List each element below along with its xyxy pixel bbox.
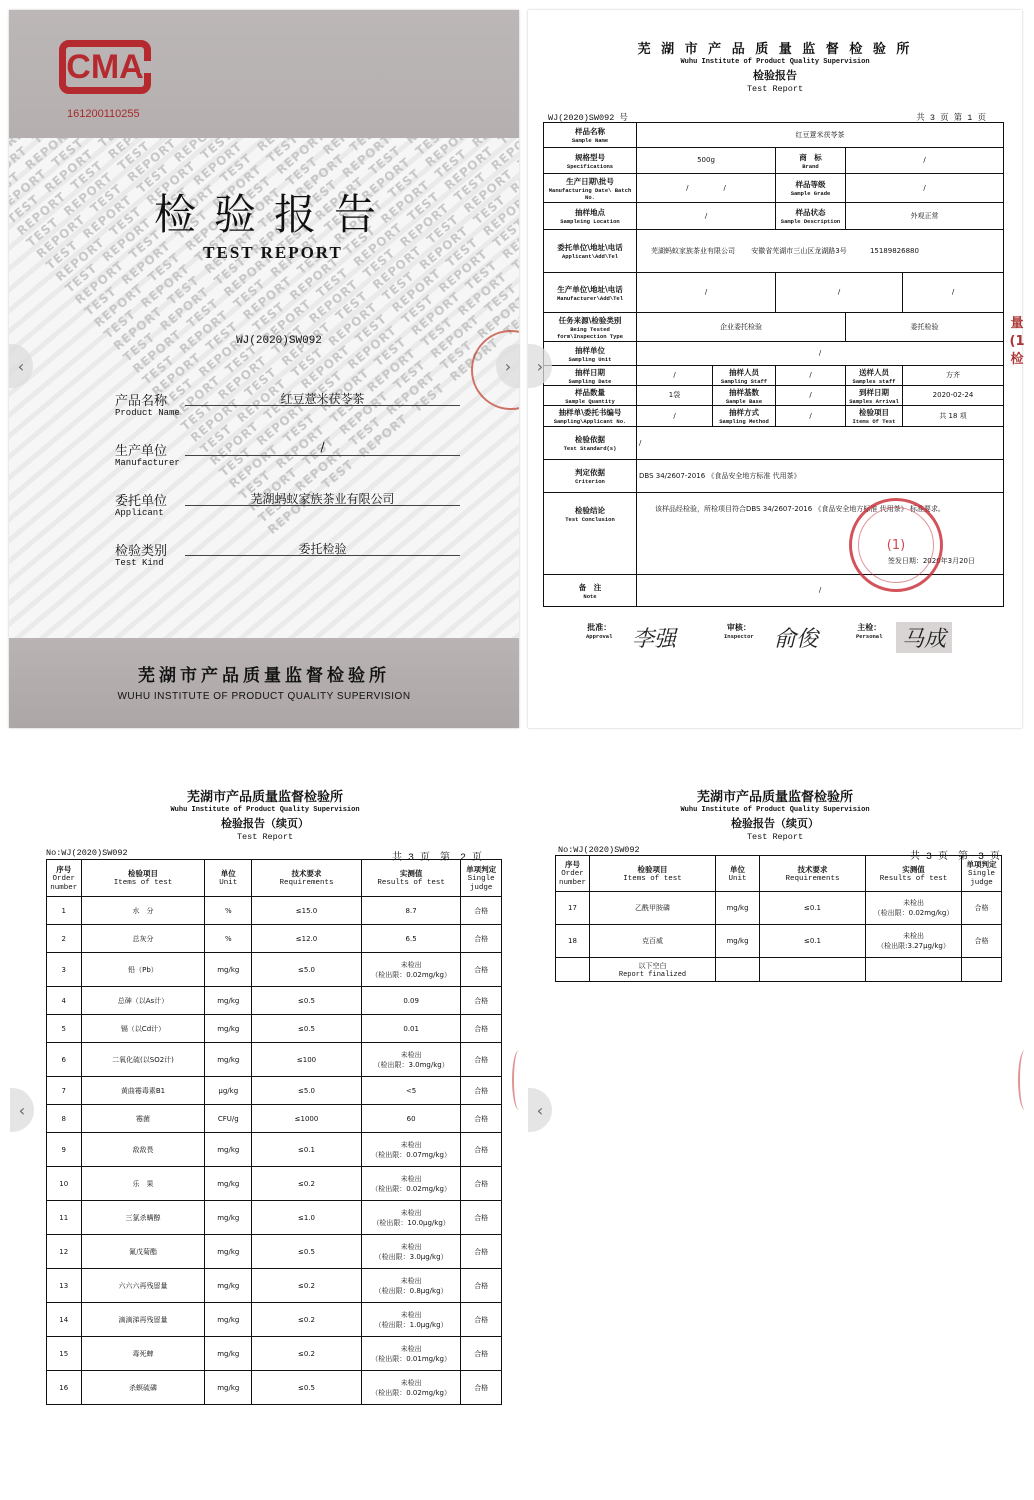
- task-source-value: 企业委托检验: [637, 313, 846, 342]
- unit: mg/kg: [205, 1015, 252, 1043]
- manufacturer-address: /: [776, 273, 903, 313]
- applicant-tel: 15189826880: [870, 247, 919, 255]
- institute-name-en: Wuhu Institute of Product Quality Superv…: [10, 806, 520, 814]
- stamp-fragment: [1018, 1050, 1032, 1110]
- result: 6.5: [361, 925, 461, 953]
- column-header-req: 技术要求Requirements: [252, 860, 362, 897]
- column-header-order: 序号Order number: [47, 860, 82, 897]
- table-row: 18克百威mg/kg≤0.1未检出（检出限:3.27μg/kg）合格: [556, 925, 1002, 958]
- field-underline: [185, 405, 460, 406]
- manufacturer-name: /: [637, 273, 776, 313]
- requirement: ≤0.5: [252, 1235, 362, 1269]
- row-test-standard: 检验依据Test Standard(s) /: [544, 427, 1004, 460]
- judgement: 合格: [461, 1303, 502, 1337]
- inspector-signature: 俞俊: [774, 622, 818, 653]
- cover-field-applicant: 委托单位 Applicant 芜湖蚂蚁家族茶业有限公司: [115, 490, 460, 530]
- cover-report-number: WJ(2020)SW092: [9, 335, 519, 347]
- requirement: ≤0.5: [252, 987, 362, 1015]
- cover-field-test-kind: 检验类别 Test Kind 委托检验: [115, 540, 460, 580]
- judgement: 合格: [461, 1077, 502, 1105]
- test-item: 总灰分: [81, 925, 205, 953]
- report-page-2: 芜湖市产品质量监督检验所 Wuhu Institute of Product Q…: [10, 748, 520, 1448]
- table-row: 10乐 果mg/kg≤0.2未检出（检出限：0.02mg/kg）合格: [47, 1167, 502, 1201]
- table-row: 9敌敌畏mg/kg≤0.1未检出（检出限：0.07mg/kg）合格: [47, 1133, 502, 1167]
- requirement: ≤5.0: [252, 1077, 362, 1105]
- criterion-value: DBS 34/2607-2016 《食品安全地方标准 代用茶》: [637, 460, 1004, 493]
- unit: μg/kg: [205, 1077, 252, 1105]
- sample-quantity-value: 1袋: [637, 386, 713, 406]
- result: 0.09: [361, 987, 461, 1015]
- institute-name: 芜 湖 市 产 品 质 量 监 督 检 验 所: [528, 38, 1022, 57]
- brand-value: /: [846, 148, 1004, 174]
- judgement: 合格: [461, 897, 502, 925]
- report-title-en: Test Report: [528, 84, 1022, 94]
- column-header-item: 检验项目Items of test: [590, 856, 716, 892]
- row-number: 15: [47, 1337, 82, 1371]
- row-sampling-location: 抽样地点Sampleing Location / 样品状态Sample Desc…: [544, 203, 1004, 230]
- test-item: 滴滴涕再残留量: [81, 1303, 205, 1337]
- judgement: 合格: [461, 1337, 502, 1371]
- judgement: 合格: [461, 1235, 502, 1269]
- column-header-result: 实测值Results of test: [866, 856, 962, 892]
- cover-institute-name-en: WUHU INSTITUTE OF PRODUCT QUALITY SUPERV…: [9, 691, 519, 702]
- unit: mg/kg: [205, 1269, 252, 1303]
- report-page-3: 芜湖市产品质量监督检验所 Wuhu Institute of Product Q…: [528, 748, 1022, 1448]
- row-number: 1: [47, 897, 82, 925]
- stamp-fragment: [512, 1050, 526, 1110]
- row-number: 8: [47, 1105, 82, 1133]
- signature-row: 批准：Approval 李强 审核：Inspector 俞俊 主检：Person…: [528, 622, 1022, 662]
- row-specifications: 规格型号Specifications 500g 商 标Brand /: [544, 148, 1004, 174]
- requirement: ≤0.2: [252, 1167, 362, 1201]
- table-row: 1水 分%≤15.08.7合格: [47, 897, 502, 925]
- judgement: 合格: [962, 925, 1002, 958]
- table-row: 7黄曲霉毒素B1μg/kg≤5.0<5合格: [47, 1077, 502, 1105]
- cover-institute-name: 芜湖市产品质量监督检验所: [9, 661, 519, 686]
- field-label: 产品名称: [115, 390, 167, 409]
- table-row: 3铅（Pb）mg/kg≤5.0未检出（检出限：0.02mg/kg）合格: [47, 953, 502, 987]
- row-number: 7: [47, 1077, 82, 1105]
- unit: mg/kg: [205, 1303, 252, 1337]
- column-header-result: 实测值Results of test: [361, 860, 461, 897]
- field-label-en: Product Name: [115, 408, 180, 418]
- judgement: 合格: [962, 892, 1002, 925]
- cover-page: TEST REPORT TEST REPORT TEST REPORT TEST…: [9, 10, 519, 728]
- column-header-judge: 单项判定Single judge: [461, 860, 502, 897]
- row-number: 11: [47, 1201, 82, 1235]
- report-finalized-row: 以下空白Report finalized: [556, 958, 1002, 982]
- institute-name-en: Wuhu Institute of Product Quality Superv…: [528, 806, 1022, 814]
- cma-logo-text: CMA: [66, 48, 143, 87]
- result: 未检出（检出限：3.0μg/kg）: [361, 1235, 461, 1269]
- applicant-address: 安徽省芜湖市三山区龙湖路3号: [751, 247, 846, 255]
- test-item: 霉菌: [81, 1105, 205, 1133]
- row-number: 18: [556, 925, 590, 958]
- test-item: 氰戊菊酯: [81, 1235, 205, 1269]
- unit: mg/kg: [205, 1043, 252, 1077]
- row-number: 16: [47, 1371, 82, 1405]
- requirement: ≤0.1: [760, 892, 866, 925]
- results-header-row: 序号Order number检验项目Items of test单位Unit技术要…: [556, 856, 1002, 892]
- row-number: 17: [556, 892, 590, 925]
- items-of-test-value: 共 18 项: [903, 406, 1004, 427]
- requirement: ≤0.2: [252, 1269, 362, 1303]
- requirement: ≤0.1: [760, 925, 866, 958]
- test-item: 毒死蜱: [81, 1337, 205, 1371]
- judgement: 合格: [461, 1133, 502, 1167]
- table-row: 4总砷（以As计）mg/kg≤0.50.09合格: [47, 987, 502, 1015]
- judgement: 合格: [461, 1371, 502, 1405]
- table-row: 16杀螟硫磷mg/kg≤0.5未检出（检出限：0.02mg/kg）合格: [47, 1371, 502, 1405]
- test-item: 杀螟硫磷: [81, 1371, 205, 1405]
- sample-base-value: /: [776, 386, 846, 406]
- table-row: 17乙酰甲胺磷mg/kg≤0.1未检出（检出限：0.02mg/kg）合格: [556, 892, 1002, 925]
- row-applicant: 委托单位\地址\电话Applicant\Add\Tel 芜湖蚂蚁家族茶业有限公司…: [544, 230, 1004, 273]
- unit: mg/kg: [205, 953, 252, 987]
- test-item: 克百威: [590, 925, 716, 958]
- sampling-method-value: /: [776, 406, 846, 427]
- requirement: ≤5.0: [252, 953, 362, 987]
- judgement: 合格: [461, 1015, 502, 1043]
- row-number: 4: [47, 987, 82, 1015]
- result: 未检出（检出限：3.0mg/kg）: [361, 1043, 461, 1077]
- sampling-location-value: /: [637, 203, 776, 230]
- unit: mg/kg: [205, 1201, 252, 1235]
- test-item: 总砷（以As计）: [81, 987, 205, 1015]
- field-label: 检验类别: [115, 540, 167, 559]
- approval-signature: 李强: [632, 622, 676, 653]
- test-item: 乐 果: [81, 1167, 205, 1201]
- test-item: 水 分: [81, 897, 205, 925]
- unit: %: [205, 925, 252, 953]
- requirement: ≤0.2: [252, 1337, 362, 1371]
- row-sample-name: 样品名称Sample Name 红豆薏米茯苓茶: [544, 123, 1004, 148]
- field-label-en: Applicant: [115, 508, 164, 518]
- applicant-no-value: /: [637, 406, 713, 427]
- test-item: 敌敌畏: [81, 1133, 205, 1167]
- unit: mg/kg: [205, 1167, 252, 1201]
- column-header-unit: 单位Unit: [205, 860, 252, 897]
- page2-header: 芜湖市产品质量监督检验所 Wuhu Institute of Product Q…: [10, 786, 520, 842]
- field-value: /: [185, 440, 460, 454]
- sampling-unit-value: /: [637, 342, 1004, 366]
- batch-no-value: /: [724, 184, 726, 192]
- requirement: ≤0.2: [252, 1303, 362, 1337]
- sample-description-value: 外观正常: [846, 203, 1004, 230]
- result: 未检出（检出限：0.02mg/kg）: [361, 1167, 461, 1201]
- approval-label: 批准：Approval: [586, 622, 612, 640]
- institute-name: 芜湖市产品质量监督检验所: [528, 786, 1022, 805]
- applicant-name: 芜湖蚂蚁家族茶业有限公司: [651, 247, 735, 255]
- samples-staff-value: 方齐: [903, 366, 1004, 386]
- field-underline: [185, 555, 460, 556]
- report-title: 检验报告（续页）: [528, 815, 1022, 831]
- test-item: 六六六再残留量: [81, 1269, 205, 1303]
- judgement: 合格: [461, 1269, 502, 1303]
- result: 未检出（检出限：10.0μg/kg）: [361, 1201, 461, 1235]
- test-standard-value: /: [637, 427, 1004, 460]
- note-value: /: [637, 575, 1004, 607]
- test-item: 镉（以Cd计）: [81, 1015, 205, 1043]
- field-underline: [185, 505, 460, 506]
- table-row: 13六六六再残留量mg/kg≤0.2未检出（检出限：0.8μg/kg）合格: [47, 1269, 502, 1303]
- personal-label: 主检：Personal: [856, 622, 882, 640]
- report-title-en: Test Report: [528, 832, 1022, 842]
- table-row: 12氰戊菊酯mg/kg≤0.5未检出（检出限：3.0μg/kg）合格: [47, 1235, 502, 1269]
- end-row-cn: 以下空白: [592, 961, 713, 971]
- unit: mg/kg: [205, 987, 252, 1015]
- requirement: ≤15.0: [252, 897, 362, 925]
- sample-name-value: 红豆薏米茯苓茶: [637, 123, 1004, 148]
- result: 未检出（检出限：0.01mg/kg）: [361, 1337, 461, 1371]
- table-row: 8霉菌CFU/g≤100060合格: [47, 1105, 502, 1133]
- result: <5: [361, 1077, 461, 1105]
- column-header-order: 序号Order number: [556, 856, 590, 892]
- row-number: 10: [47, 1167, 82, 1201]
- results-header-row: 序号Order number检验项目Items of test单位Unit技术要…: [47, 860, 502, 897]
- row-sampling-unit: 抽样单位Sampling Unit /: [544, 342, 1004, 366]
- end-row-en: Report finalized: [592, 971, 713, 979]
- cover-field-product-name: 产品名称 Product Name 红豆薏米茯苓茶: [115, 390, 460, 430]
- side-stamp-fragment: 量(1检: [1008, 315, 1026, 405]
- requirement: ≤0.5: [252, 1371, 362, 1405]
- result: 8.7: [361, 897, 461, 925]
- unit: mg/kg: [205, 1133, 252, 1167]
- report-number: No:WJ(2020)SW092: [558, 845, 640, 855]
- row-number: 14: [47, 1303, 82, 1337]
- judgement: 合格: [461, 1201, 502, 1235]
- seal-text: (1): [887, 538, 905, 553]
- cover-field-manufacturer: 生产单位 Manufacturer /: [115, 440, 460, 480]
- specifications-value: 500g: [637, 148, 776, 174]
- column-header-judge: 单项判定Single judge: [962, 856, 1002, 892]
- unit: mg/kg: [716, 925, 760, 958]
- personal-signature: 马成: [896, 622, 952, 653]
- judgement: 合格: [461, 925, 502, 953]
- table-row: 15毒死蜱mg/kg≤0.2未检出（检出限：0.01mg/kg）合格: [47, 1337, 502, 1371]
- report-number: No:WJ(2020)SW092: [46, 848, 128, 858]
- row-number: 12: [47, 1235, 82, 1269]
- row-number: 9: [47, 1133, 82, 1167]
- result: 0.01: [361, 1015, 461, 1043]
- unit: mg/kg: [716, 892, 760, 925]
- unit: mg/kg: [205, 1337, 252, 1371]
- cover-title: 检验报告: [9, 182, 519, 242]
- field-label: 生产单位: [115, 440, 167, 459]
- institute-name-en: Wuhu Institute of Product Quality Superv…: [528, 58, 1022, 66]
- table-row: 14滴滴涕再残留量mg/kg≤0.2未检出（检出限：1.0μg/kg）合格: [47, 1303, 502, 1337]
- row-applicant-no: 抽样单\委托书编号Sampling\Applicant No. / 抽样方式Sa…: [544, 406, 1004, 427]
- requirement: ≤12.0: [252, 925, 362, 953]
- report-page-1: 芜 湖 市 产 品 质 量 监 督 检 验 所 Wuhu Institute o…: [528, 10, 1022, 728]
- row-task-source: 任务来源\检验类别Being Tested form\Inspection Ty…: [544, 313, 1004, 342]
- result: 未检出（检出限：1.0μg/kg）: [361, 1303, 461, 1337]
- cover-subtitle: TEST REPORT: [9, 243, 519, 263]
- result: 未检出（检出限：0.02mg/kg）: [361, 953, 461, 987]
- row-number: 5: [47, 1015, 82, 1043]
- judgement: 合格: [461, 1043, 502, 1077]
- unit: %: [205, 897, 252, 925]
- requirement: ≤0.1: [252, 1133, 362, 1167]
- results-table-page2: 序号Order number检验项目Items of test单位Unit技术要…: [46, 859, 502, 1405]
- judgement: 合格: [461, 1167, 502, 1201]
- page1-header: 芜 湖 市 产 品 质 量 监 督 检 验 所 Wuhu Institute o…: [528, 38, 1022, 94]
- inspector-label: 审核：Inspector: [724, 622, 754, 640]
- row-criterion: 判定依据Criterion DBS 34/2607-2016 《食品安全地方标准…: [544, 460, 1004, 493]
- report-title-en: Test Report: [10, 832, 520, 842]
- requirement: ≤1.0: [252, 1201, 362, 1235]
- field-label: 委托单位: [115, 490, 167, 509]
- report-title: 检验报告（续页）: [10, 815, 520, 831]
- requirement: ≤1000: [252, 1105, 362, 1133]
- sample-grade-value: /: [846, 174, 1004, 203]
- test-item: 三氯杀螨醇: [81, 1201, 205, 1235]
- institute-name: 芜湖市产品质量监督检验所: [10, 786, 520, 805]
- results-table-page3: 序号Order number检验项目Items of test单位Unit技术要…: [555, 855, 1002, 982]
- judgement: 合格: [461, 1105, 502, 1133]
- test-item: 黄曲霉毒素B1: [81, 1077, 205, 1105]
- result: 60: [361, 1105, 461, 1133]
- table-row: 6二氧化硫(以SO2计)mg/kg≤100未检出（检出限：3.0mg/kg）合格: [47, 1043, 502, 1077]
- column-header-item: 检验项目Items of test: [81, 860, 205, 897]
- column-header-req: 技术要求Requirements: [760, 856, 866, 892]
- unit: mg/kg: [205, 1235, 252, 1269]
- sampling-date-value: /: [637, 366, 713, 386]
- mfg-date-value: /: [686, 184, 688, 192]
- test-item: 铅（Pb）: [81, 953, 205, 987]
- page3-header: 芜湖市产品质量监督检验所 Wuhu Institute of Product Q…: [528, 786, 1022, 842]
- field-underline: [185, 455, 460, 456]
- result: 未检出（检出限：0.8μg/kg）: [361, 1269, 461, 1303]
- table-row: 5镉（以Cd计）mg/kg≤0.50.01合格: [47, 1015, 502, 1043]
- field-label-en: Test Kind: [115, 558, 164, 568]
- table-row: 11三氯杀螨醇mg/kg≤1.0未检出（检出限：10.0μg/kg）合格: [47, 1201, 502, 1235]
- unit: CFU/g: [205, 1105, 252, 1133]
- arrival-date-value: 2020-02-24: [903, 386, 1004, 406]
- result: 未检出（检出限：0.02mg/kg）: [361, 1371, 461, 1405]
- field-label-en: Manufacturer: [115, 458, 180, 468]
- manufacturer-tel: /: [903, 273, 1004, 313]
- row-manufacturer: 生产单位\地址\电话Manufacturer\Add\Tel / / /: [544, 273, 1004, 313]
- judgement: 合格: [461, 987, 502, 1015]
- requirement: ≤100: [252, 1043, 362, 1077]
- report-title: 检验报告: [528, 67, 1022, 83]
- column-header-unit: 单位Unit: [716, 856, 760, 892]
- unit: mg/kg: [205, 1371, 252, 1405]
- row-number: 6: [47, 1043, 82, 1077]
- judgement: 合格: [461, 953, 502, 987]
- result: 未检出（检出限：0.07mg/kg）: [361, 1133, 461, 1167]
- row-mfg-date: 生产日期\批号Manufacturing Date\ Batch No. / /…: [544, 174, 1004, 203]
- row-number: 2: [47, 925, 82, 953]
- row-number: 3: [47, 953, 82, 987]
- inspection-type-value: 委托检验: [846, 313, 1004, 342]
- row-note: 备 注Note /: [544, 575, 1004, 607]
- cma-code: 161200110255: [67, 108, 140, 120]
- row-sample-quantity: 样品数量Sample Quantity 1袋 抽样基数Sample Base /…: [544, 386, 1004, 406]
- cma-logo: CMA: [59, 40, 151, 94]
- requirement: ≤0.5: [252, 1015, 362, 1043]
- sampling-staff-value: /: [776, 366, 846, 386]
- result: 未检出（检出限:3.27μg/kg）: [866, 925, 962, 958]
- row-number: 13: [47, 1269, 82, 1303]
- test-item: 二氧化硫(以SO2计): [81, 1043, 205, 1077]
- row-sampling-date: 抽样日期Sampling Date / 抽样人员Sampling Staff /…: [544, 366, 1004, 386]
- result: 未检出（检出限：0.02mg/kg）: [866, 892, 962, 925]
- table-row: 2总灰分%≤12.06.5合格: [47, 925, 502, 953]
- official-seal: (1): [849, 498, 943, 592]
- test-item: 乙酰甲胺磷: [590, 892, 716, 925]
